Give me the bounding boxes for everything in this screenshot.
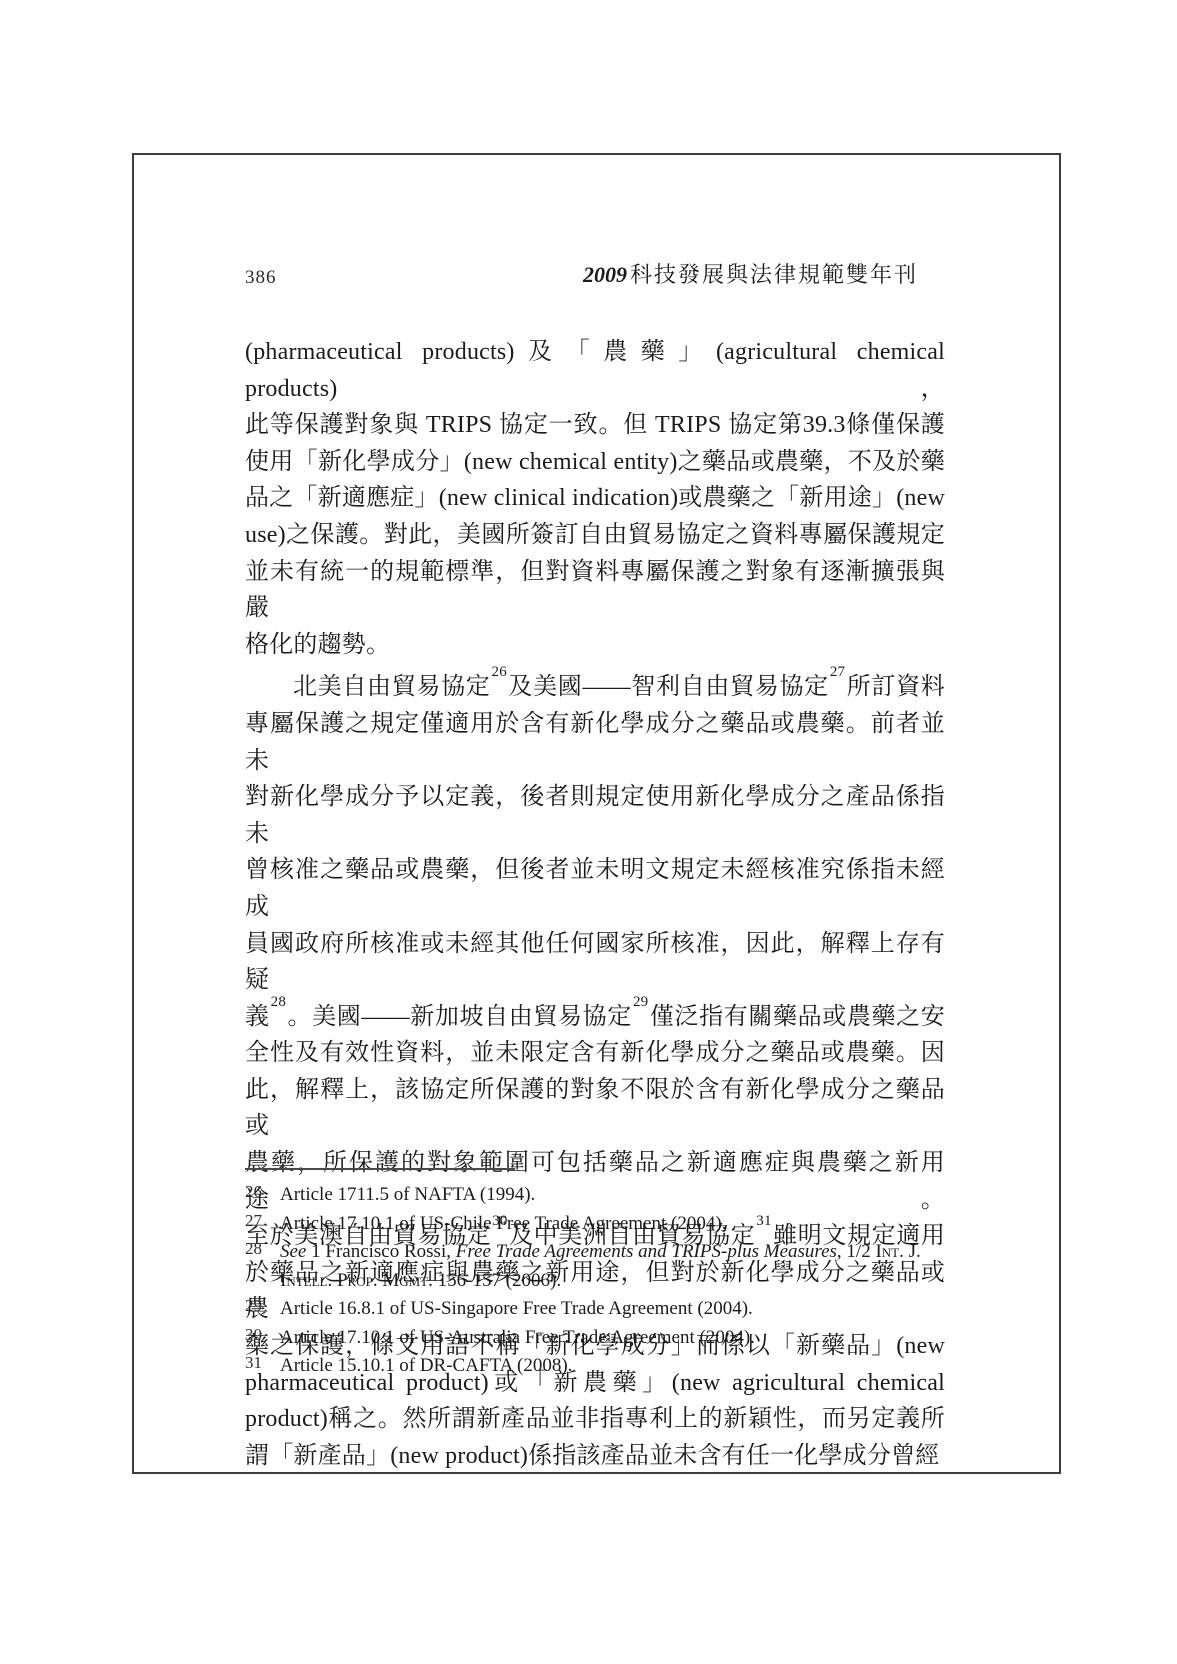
footnote-item: 31Article 15.10.1 of DR-CAFTA (2008). [245,1352,945,1381]
footnote-text: Article 15.10.1 of DR-CAFTA (2008). [280,1355,572,1376]
footnote-ref: 27 [830,664,845,680]
footnote-number: 28 [245,1235,280,1264]
body-line: 對新化學成分予以定義，後者則規定使用新化學成分之產品係指未 [245,779,945,852]
body-line: 謂「新產品」(new product)係指該產品並未含有任一化學成分曾經 [245,1438,945,1475]
body-line: 此等保護對象與 TRIPS 協定一致。但 TRIPS 協定第39.3條僅保護 [245,407,945,444]
body-line: 專屬保護之規定僅適用於含有新化學成分之藥品或農藥。前者並未 [245,706,945,779]
footnote-text: Article 17.10.1 of US-Australia Free Tra… [280,1327,755,1348]
body-line: product)稱之。然所謂新產品並非指專利上的新穎性，而另定義所 [245,1401,945,1438]
footnote-number: 30 [245,1321,280,1350]
body-line: 北美自由貿易協定26及美國——智利自由貿易協定27所訂資料 [245,669,945,706]
page-header: 386 2009科技發展與法律規範雙年刊 [245,258,918,289]
footnote-item: 26Article 1711.5 of NAFTA (1994). [245,1181,945,1210]
body-line: 全性及有效性資料，並未限定含有新化學成分之藥品或農藥。因 [245,1035,945,1072]
footnote-text: Article 1711.5 of NAFTA (1994). [280,1184,535,1205]
body-line: 曾核准之藥品或農藥，但後者並未明文規定未經核准究係指未經成 [245,852,945,925]
body-line: 義28。美國——新加坡自由貿易協定29僅泛指有關藥品或農藥之安 [245,999,945,1036]
footnote-number: 29 [245,1292,280,1321]
footnote-item: 30Article 17.10.1 of US-Australia Free T… [245,1324,945,1353]
body-line: 此，解釋上，該協定所保護的對象不限於含有新化學成分之藥品或 [245,1072,945,1145]
footnote-ref: 26 [492,664,507,680]
footnote-item: 29Article 16.8.1 of US-Singapore Free Tr… [245,1295,945,1324]
footnote-text: See 1 Francisco Rossi, Free Trade Agreem… [280,1241,921,1291]
footnote-separator [245,1168,515,1170]
footnotes: 26Article 1711.5 of NAFTA (1994).27Artic… [245,1181,945,1381]
body-line: 使用「新化學成分」(new chemical entity)之藥品或農藥，不及於… [245,444,945,481]
footnote-number: 27 [245,1207,280,1236]
footnote-number: 26 [245,1178,280,1207]
body-line: use)之保護。對此，美國所簽訂自由貿易協定之資料專屬保護規定 [245,517,945,554]
footnote-number: 31 [245,1349,280,1378]
body-line: (pharmaceutical products)及「農藥」(agricultu… [245,334,945,407]
footnote-ref: 29 [633,994,648,1010]
journal-title: 2009科技發展與法律規範雙年刊 [583,258,918,289]
footnote-ref: 28 [271,994,286,1010]
footnote-item: 28See 1 Francisco Rossi, Free Trade Agre… [245,1238,945,1295]
body-line: 員國政府所核准或未經其他任何國家所核准，因此，解釋上存有疑 [245,926,945,999]
page-number: 386 [245,267,277,289]
paragraph: (pharmaceutical products)及「農藥」(agricultu… [245,334,945,663]
footnote-text: Article 16.8.1 of US-Singapore Free Trad… [280,1298,753,1319]
journal-name: 科技發展與法律規範雙年刊 [630,262,918,287]
body-line: 並未有統一的規範標準，但對資料專屬保護之對象有逐漸擴張與嚴 [245,554,945,627]
body-line: 品之「新適應症」(new clinical indication)或農藥之「新用… [245,480,945,517]
body-line: 格化的趨勢。 [245,627,945,664]
journal-year: 2009 [583,262,627,287]
footnote-text: Article 17.10.1 of US-Chile Free Trade A… [280,1213,726,1234]
footnote-item: 27Article 17.10.1 of US-Chile Free Trade… [245,1210,945,1239]
scanned-page: 386 2009科技發展與法律規範雙年刊 (pharmaceutical pro… [132,153,1061,1474]
